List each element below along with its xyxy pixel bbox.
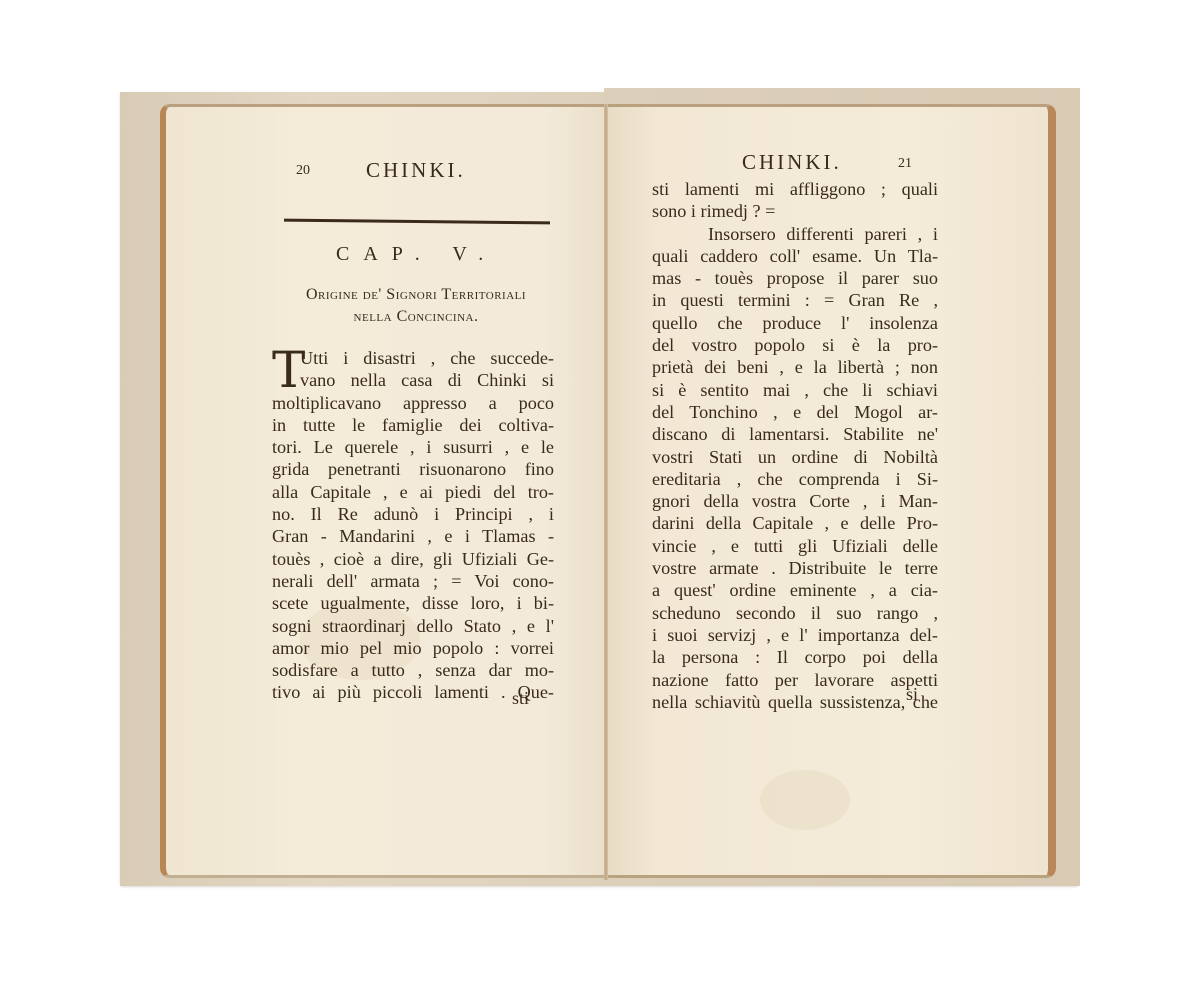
catchword-left: sti bbox=[512, 688, 529, 709]
running-head-right: CHINKI. bbox=[742, 150, 842, 175]
text-line: scete ugualmente, disse loro, i bi- bbox=[272, 592, 554, 614]
running-head-left: CHINKI. bbox=[366, 158, 466, 183]
text-line: del Tonchino , e del Mogol ar- bbox=[652, 401, 938, 423]
chapter-subtitle: Origine de' Signori Territoriali nella C… bbox=[266, 284, 566, 328]
right-page-body: sti lamenti mi affliggono ; quali sono i… bbox=[652, 178, 938, 713]
text-line: nazione fatto per lavorare aspetti bbox=[652, 669, 938, 691]
book-gutter bbox=[604, 104, 608, 880]
text-line: alla Capitale , e ai piedi del tro- bbox=[272, 481, 554, 503]
left-page-body: Utti i disastri , che succede- vano nell… bbox=[272, 347, 554, 704]
text-line: darini della Capitale , e delle Pro- bbox=[652, 512, 938, 534]
text-line: a quest' ordine eminente , a cia- bbox=[652, 579, 938, 601]
text-line: in questi termini : = Gran Re , bbox=[652, 289, 938, 311]
paper-stain bbox=[760, 770, 850, 830]
text-line: quello che produce l' insolenza bbox=[652, 312, 938, 334]
text-line: tori. Le querele , i susurri , e le bbox=[272, 436, 554, 458]
text-line: amor mio pel mio popolo : vorrei bbox=[272, 637, 554, 659]
text-line: Gran - Mandarini , e i Tlamas - bbox=[272, 525, 554, 547]
catchword-right: si bbox=[906, 684, 918, 705]
text-line: Insorsero differenti pareri , i bbox=[652, 223, 938, 245]
text-line: vano nella casa di Chinki si bbox=[272, 369, 554, 391]
text-line: moltiplicavano appresso a poco bbox=[272, 392, 554, 414]
text-line: discano di lamentarsi. Stabilite ne' bbox=[652, 423, 938, 445]
text-line: quali caddero coll' esame. Un Tla- bbox=[652, 245, 938, 267]
text-line: nella schiavitù quella sussistenza, che bbox=[652, 691, 938, 713]
text-line: sogni straordinarj dello Stato , e l' bbox=[272, 615, 554, 637]
text-line: gnori della vostra Corte , i Man- bbox=[652, 490, 938, 512]
page-number-left: 20 bbox=[296, 163, 310, 179]
page-number-right: 21 bbox=[898, 156, 912, 172]
text-line: in tutte le famiglie dei coltiva- bbox=[272, 414, 554, 436]
text-line: vostri Stati un ordine di Nobiltà bbox=[652, 446, 938, 468]
text-line: no. Il Re adunò i Principi , i bbox=[272, 503, 554, 525]
text-line: ereditaria , che comprenda i Si- bbox=[652, 468, 938, 490]
text-line: prietà dei beni , e la libertà ; non bbox=[652, 356, 938, 378]
text-line: vostre armate . Distribuite le terre bbox=[652, 557, 938, 579]
text-line: sono i rimedj ? = bbox=[652, 200, 938, 222]
text-line: sodisfare a tutto , senza dar mo- bbox=[272, 659, 554, 681]
text-line: nerali dell' armata ; = Voi cono- bbox=[272, 570, 554, 592]
subtitle-line: Origine de' Signori Territoriali bbox=[266, 284, 566, 306]
text-line: mas - touès propose il parer suo bbox=[652, 267, 938, 289]
text-line: sti lamenti mi affliggono ; quali bbox=[652, 178, 938, 200]
text-line: Utti i disastri , che succede- bbox=[272, 347, 554, 369]
text-line: la persona : Il corpo poi della bbox=[652, 646, 938, 668]
text-line: i suoi servizj , e l' importanza del- bbox=[652, 624, 938, 646]
text-line: del vostro popolo si è la pro- bbox=[652, 334, 938, 356]
text-line: vincie , e tutti gli Ufiziali delle bbox=[652, 535, 938, 557]
text-line: touès , cioè a dire, gli Ufiziali Ge- bbox=[272, 548, 554, 570]
text-line: grida penetranti risuonarono fino bbox=[272, 458, 554, 480]
text-line: si è sentito mai , che li schiavi bbox=[652, 379, 938, 401]
subtitle-line: nella Concincina. bbox=[266, 306, 566, 328]
chapter-heading: CAP. V. bbox=[336, 243, 497, 266]
text-line: scheduno secondo il suo rango , bbox=[652, 602, 938, 624]
